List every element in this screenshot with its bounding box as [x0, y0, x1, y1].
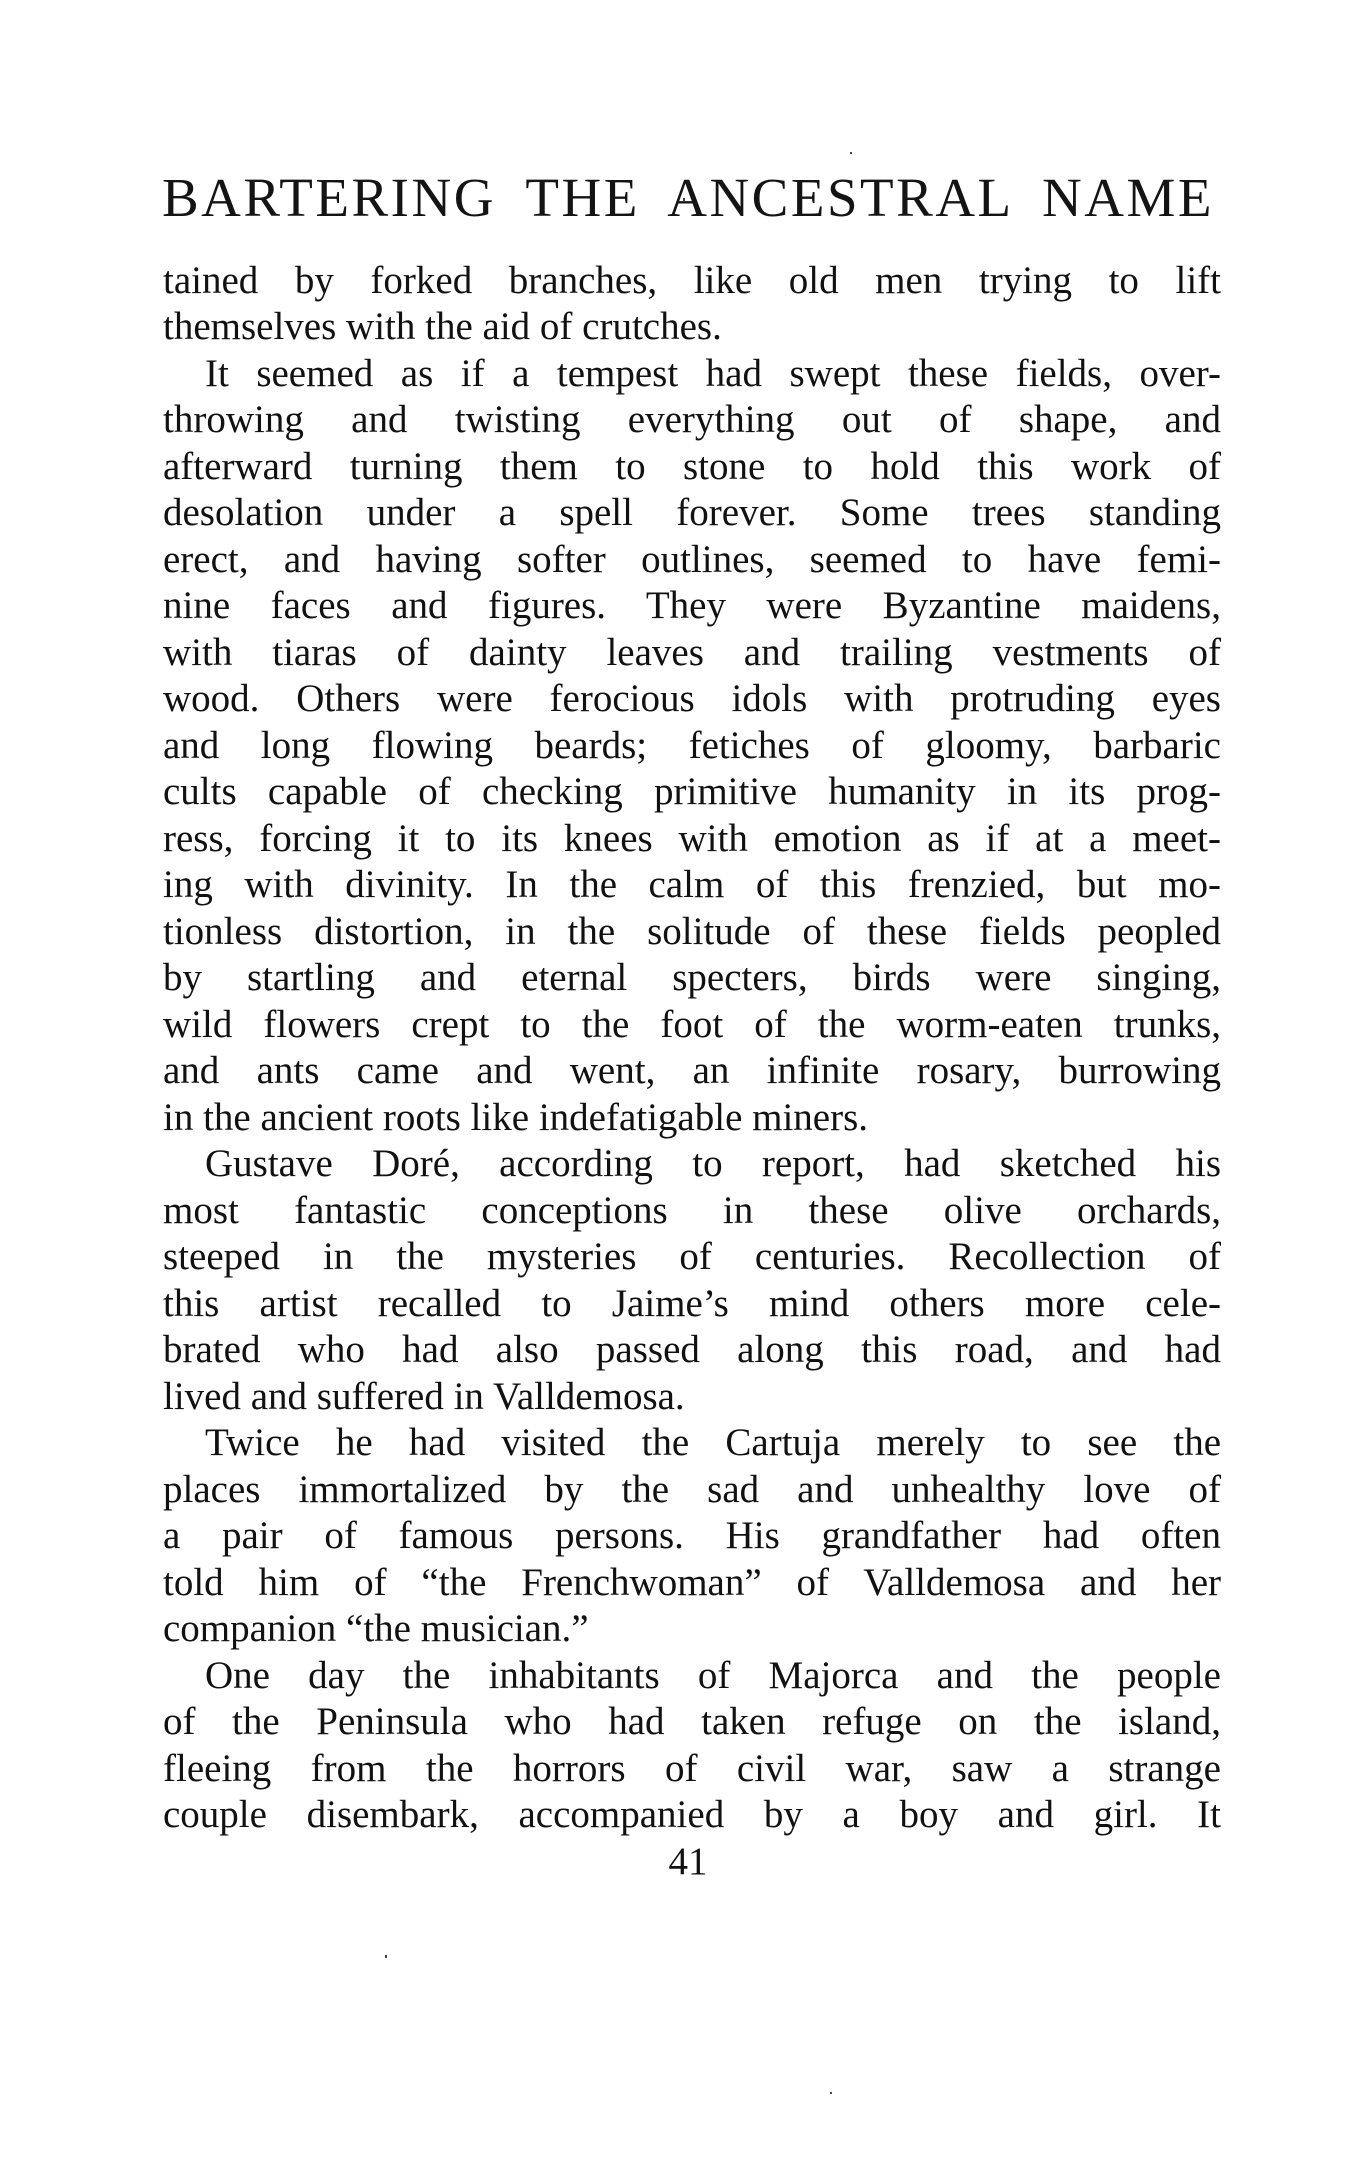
text-line: fleeing from the horrors of civil war, s…: [163, 1746, 1221, 1793]
text-line: Gustave Doré, according to report, had s…: [163, 1141, 1221, 1188]
page-number: 41: [163, 1839, 1221, 1886]
text-line: brated who had also passed along this ro…: [163, 1327, 1221, 1374]
text-line: steeped in the mysteries of centuries. R…: [163, 1234, 1221, 1281]
text-line: throwing and twisting everything out of …: [163, 397, 1221, 444]
text-line: ress, forcing it to its knees with emoti…: [163, 816, 1221, 863]
text-line: cults capable of checking primitive huma…: [163, 769, 1221, 816]
paragraph: Twice he had visited the Cartuja merely …: [163, 1420, 1221, 1653]
text-line: of the Peninsula who had taken refuge on…: [163, 1699, 1221, 1746]
text-line: desolation under a spell forever. Some t…: [163, 490, 1221, 537]
text-line: this artist recalled to Jaime’s mind oth…: [163, 1281, 1221, 1328]
text-line: afterward turning them to stone to hold …: [163, 444, 1221, 491]
text-line: couple disembark, accompanied by a boy a…: [163, 1792, 1221, 1839]
text-line: Twice he had visited the Cartuja merely …: [163, 1420, 1221, 1467]
text-line: lived and suffered in Valldemosa.: [163, 1374, 1221, 1421]
body-text: tained by forked branches, like old men …: [163, 258, 1221, 1886]
text-line: wild flowers crept to the foot of the wo…: [163, 1002, 1221, 1049]
scan-speck: [385, 1955, 387, 1958]
book-page: BARTERING THE ANCESTRAL NAME tained by f…: [0, 0, 1370, 2162]
text-line: and long flowing beards; fetiches of glo…: [163, 723, 1221, 770]
text-line: told him of “the Frenchwoman” of Valldem…: [163, 1560, 1221, 1607]
text-line: and ants came and went, an infinite rosa…: [163, 1048, 1221, 1095]
text-line: in the ancient roots like indefatigable …: [163, 1095, 1221, 1142]
text-line: tained by forked branches, like old men …: [163, 258, 1221, 305]
text-line: themselves with the aid of crutches.: [163, 304, 1221, 351]
text-line: places immortalized by the sad and unhea…: [163, 1467, 1221, 1514]
paragraph: tained by forked branches, like old men …: [163, 258, 1221, 351]
text-line: tionless distortion, in the solitude of …: [163, 909, 1221, 956]
text-line: companion “the musician.”: [163, 1606, 1221, 1653]
text-line: nine faces and figures. They were Byzant…: [163, 583, 1221, 630]
text-line: a pair of famous persons. His grandfathe…: [163, 1513, 1221, 1560]
text-line: wood. Others were ferocious idols with p…: [163, 676, 1221, 723]
scan-speck: [830, 2092, 832, 2094]
text-line: One day the inhabitants of Majorca and t…: [163, 1653, 1221, 1700]
text-line: ing with divinity. In the calm of this f…: [163, 862, 1221, 909]
paragraph: Gustave Doré, according to report, had s…: [163, 1141, 1221, 1420]
text-line: with tiaras of dainty leaves and trailin…: [163, 630, 1221, 677]
text-line: erect, and having softer outlines, seeme…: [163, 537, 1221, 584]
paragraph: It seemed as if a tempest had swept thes…: [163, 351, 1221, 1142]
text-line: It seemed as if a tempest had swept thes…: [163, 351, 1221, 398]
paragraph: One day the inhabitants of Majorca and t…: [163, 1653, 1221, 1839]
scan-speck: [850, 152, 852, 154]
running-head: BARTERING THE ANCESTRAL NAME: [162, 170, 1214, 226]
text-line: most fantastic conceptions in these oliv…: [163, 1188, 1221, 1235]
text-line: by startling and eternal specters, birds…: [163, 955, 1221, 1002]
